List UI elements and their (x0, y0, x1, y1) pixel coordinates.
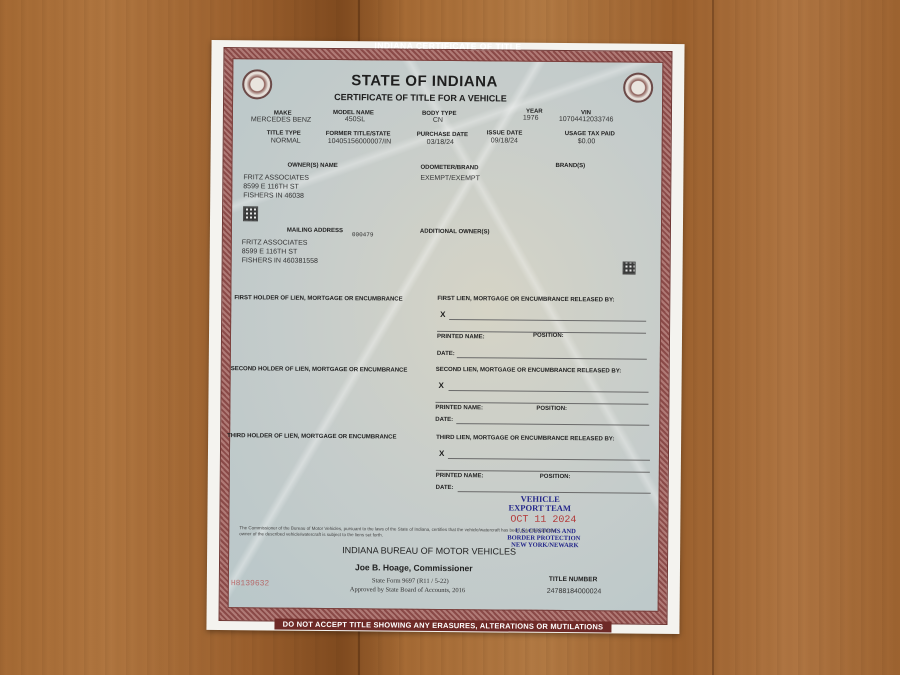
document-title: STATE OF INDIANA (351, 72, 498, 90)
additional-owners-label: ADDITIONAL OWNER(S) (420, 229, 490, 236)
certificate-body: STATE OF INDIANA CERTIFICATE OF TITLE FO… (228, 58, 664, 612)
position-label: POSITION: (533, 333, 564, 339)
date-line (457, 357, 647, 360)
indiana-state-seal-icon (242, 69, 272, 99)
first-lien-release-label: FIRST LIEN, MORTGAGE OR ENCUMBRANCE RELE… (437, 296, 614, 304)
issue-date-label: ISSUE DATE (487, 130, 523, 136)
vin-value: 10704412033746 (559, 116, 614, 123)
qr-code-icon (623, 262, 636, 275)
signature-x: X (439, 449, 444, 458)
usage-tax-value: $0.00 (578, 138, 596, 145)
bmv-seal-icon (623, 73, 653, 103)
issue-date-value: 09/18/24 (491, 137, 518, 144)
usage-tax-label: USAGE TAX PAID (565, 131, 615, 137)
mailing-line: FRITZ ASSOCIATES (242, 239, 308, 247)
title-type-label: TITLE TYPE (267, 130, 301, 136)
former-title-label: FORMER TITLE/STATE (326, 131, 391, 138)
title-number-value: 24788184000024 (547, 588, 602, 595)
title-number-label: TITLE NUMBER (549, 576, 597, 583)
third-lien-holder-label: THIRD HOLDER OF LIEN, MORTGAGE OR ENCUMB… (227, 433, 396, 440)
purchase-date-label: PURCHASE DATE (417, 132, 468, 138)
title-type-value: NORMAL (271, 137, 301, 144)
title-certificate: INDIANA CERTIFICATE OF TITLE DO NOT ACCE… (206, 40, 684, 634)
document-subtitle: CERTIFICATE OF TITLE FOR A VEHICLE (334, 92, 507, 104)
stamp-date: OCT 11 2024 (510, 515, 576, 527)
date-label: DATE: (436, 485, 454, 491)
mailing-line: 8599 E 116TH ST (242, 248, 298, 255)
approval-text: Approved by State Board of Accounts, 201… (350, 586, 465, 594)
date-label: DATE: (437, 351, 455, 357)
former-title-value: 10405156000007/IN (328, 138, 392, 146)
printed-name-label: PRINTED NAME: (437, 334, 485, 340)
odometer-value: EXEMPT/EXEMPT (420, 175, 480, 183)
form-number: State Form 9697 (R11 / 5-22) (372, 577, 449, 585)
make-value: MERCEDES BENZ (251, 116, 311, 124)
position-label: POSITION: (540, 474, 571, 480)
brands-label: BRAND(S) (555, 163, 585, 169)
printed-name-label: PRINTED NAME: (436, 473, 484, 479)
table-seam (712, 0, 714, 675)
stamp-agency: NEW YORK/NEWARK (511, 542, 578, 550)
odometer-label: ODOMETER/BRAND (420, 165, 478, 172)
second-lien-holder-label: SECOND HOLDER OF LIEN, MORTGAGE OR ENCUM… (231, 366, 408, 374)
year-value: 1976 (523, 115, 539, 122)
first-lien-holder-label: FIRST HOLDER OF LIEN, MORTGAGE OR ENCUMB… (234, 295, 402, 302)
mailing-line: FISHERS IN 460381558 (242, 257, 318, 265)
owner-line: FISHERS IN 46038 (243, 192, 304, 200)
serial-number: H8139632 (231, 579, 269, 588)
signature-line (448, 458, 650, 461)
date-line (456, 423, 649, 426)
stamp-line: EXPORT TEAM (508, 503, 571, 514)
top-banner: INDIANA CERTIFICATE OF TITLE (225, 39, 672, 53)
bottom-banner: DO NOT ACCEPT TITLE SHOWING ANY ERASURES… (219, 613, 666, 635)
third-lien-release-label: THIRD LIEN, MORTGAGE OR ENCUMBRANCE RELE… (436, 435, 614, 443)
second-lien-release-label: SECOND LIEN, MORTGAGE OR ENCUMBRANCE REL… (436, 367, 622, 375)
owner-line: FRITZ ASSOCIATES (243, 174, 309, 182)
purchase-date-value: 03/18/24 (427, 139, 454, 146)
printed-name-label: PRINTED NAME: (435, 405, 483, 411)
date-label: DATE: (435, 417, 453, 423)
position-label: POSITION: (536, 406, 567, 412)
legal-text: owner of the described vehicle/watercraf… (239, 531, 383, 537)
mailing-code: 000479 (352, 231, 374, 238)
signature-line (449, 390, 649, 393)
signature-x: X (440, 310, 445, 319)
certificate-border: INDIANA CERTIFICATE OF TITLE DO NOT ACCE… (219, 47, 673, 625)
mailing-address-label: MAILING ADDRESS (287, 228, 343, 234)
owner-line: 8599 E 116TH ST (243, 183, 299, 190)
commissioner-name: Joe B. Hoage, Commissioner (355, 562, 473, 573)
owner-label: OWNER(S) NAME (287, 163, 337, 169)
signature-line (449, 319, 646, 322)
model-value: 450SL (345, 116, 365, 123)
qr-code-icon (243, 206, 258, 221)
signature-x: X (439, 381, 444, 390)
body-type-value: CN (433, 117, 443, 124)
bureau-name: INDIANA BUREAU OF MOTOR VEHICLES (342, 545, 516, 557)
